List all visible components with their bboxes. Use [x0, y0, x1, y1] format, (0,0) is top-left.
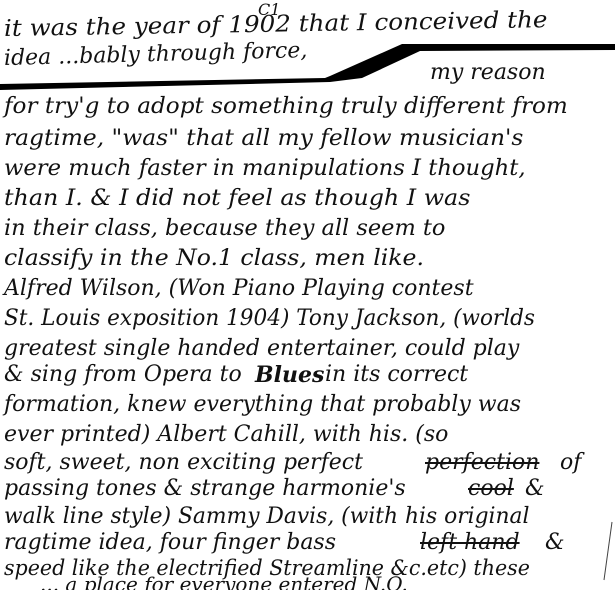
manuscript-line-15: ever printed) Albert Cahill, with his. (… — [4, 422, 448, 447]
manuscript-line-12: greatest single handed entertainer, coul… — [4, 336, 519, 361]
manuscript-line-13b: in its correct — [325, 362, 468, 387]
manuscript-line-10: Alfred Wilson, (Won Piano Playing contes… — [4, 276, 474, 301]
manuscript-line-5: ragtime, "was" that all my fellow musici… — [4, 126, 523, 151]
margin-stroke — [600, 520, 615, 590]
manuscript-struck-word-perfection: perfection — [425, 450, 539, 475]
manuscript-struck-word-cool: cool — [468, 476, 514, 501]
manuscript-word-blues: Blues — [255, 362, 324, 388]
manuscript-line-13a: & sing from Opera to — [4, 362, 242, 387]
manuscript-struck-words-left-hand: left hand — [420, 530, 520, 555]
manuscript-line-16b: of — [560, 450, 581, 475]
manuscript-line-9: classify in the No.1 class, men like. — [4, 246, 424, 271]
manuscript-line-16a: soft, sweet, non exciting perfect — [4, 450, 363, 475]
manuscript-line-6: were much faster in manipulations I thou… — [4, 156, 526, 181]
manuscript-line-4: for try'g to adopt something truly diffe… — [4, 94, 568, 119]
manuscript-ampersand: & — [525, 476, 545, 501]
manuscript-line-19a: ragtime idea, four finger bass — [4, 530, 336, 555]
manuscript-ampersand-2: & — [545, 530, 565, 555]
manuscript-line-3: my reason — [430, 60, 546, 85]
manuscript-line-14: formation, knew everything that probably… — [4, 392, 521, 417]
manuscript-line-7: than I. & I did not feel as though I was — [4, 186, 470, 211]
manuscript-line-18: walk line style) Sammy Davis, (with his … — [4, 504, 529, 529]
manuscript-line-17a: passing tones & strange harmonie's — [4, 476, 406, 501]
manuscript-line-8: in their class, because they all seem to — [4, 216, 445, 241]
handwritten-manuscript-page: C1 it was the year of 1902 that I concei… — [0, 0, 615, 590]
manuscript-line-21: ... a place for everyone entered N.O. — [40, 572, 408, 590]
manuscript-line-11: St. Louis exposition 1904) Tony Jackson,… — [4, 306, 535, 331]
